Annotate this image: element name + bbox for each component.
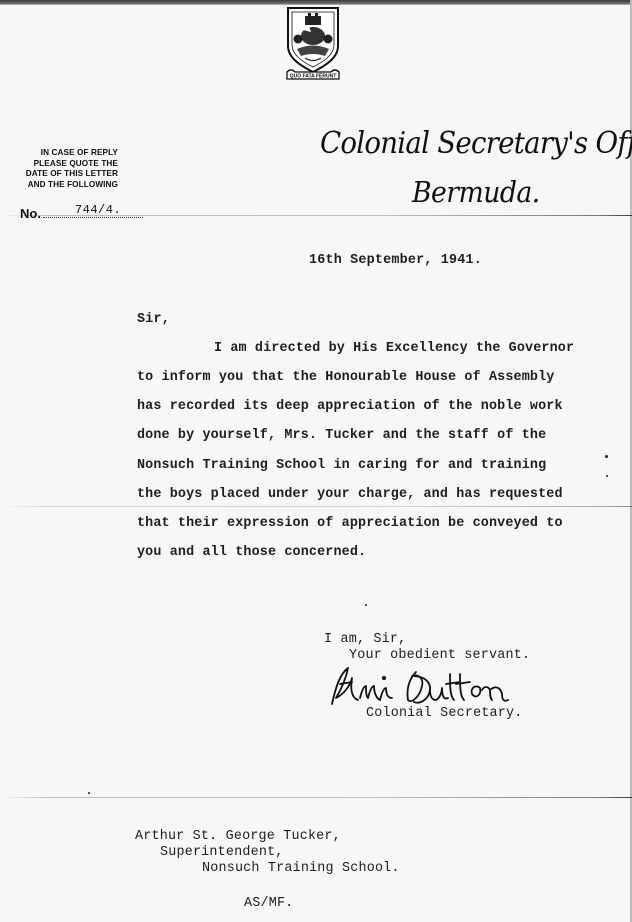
handwritten-signature	[330, 664, 510, 710]
reply-instruction-line: IN CASE OF REPLY	[18, 148, 118, 159]
recipient-name: Arthur St. George Tucker,	[135, 829, 341, 844]
body-line: to inform you that the Honourable House …	[137, 370, 554, 385]
paper-fold-line	[0, 506, 632, 507]
reply-instruction-line: PLEASE QUOTE THE	[18, 159, 118, 170]
paper-fold-line	[0, 797, 632, 798]
paper-speck	[606, 475, 608, 477]
paper-speck	[605, 455, 608, 458]
scan-top-edge	[0, 0, 632, 5]
letter-date: 16th September, 1941.	[309, 253, 482, 268]
body-line: has recorded its deep appreciation of th…	[137, 399, 563, 414]
closing-line: Your obedient servant.	[349, 648, 530, 663]
recipient-institution: Nonsuch Training School.	[202, 861, 400, 876]
office-title: Colonial Secretary's Office.	[320, 126, 632, 161]
reply-instruction-line: DATE OF THIS LETTER	[18, 169, 118, 180]
reference-number-label: No.	[20, 206, 41, 221]
svg-text:QUO FATA FERUNT: QUO FATA FERUNT	[290, 74, 337, 80]
reference-number-line: 744/4.	[43, 205, 143, 218]
paper-speck	[365, 604, 367, 606]
body-line: the boys placed under your charge, and h…	[137, 487, 563, 502]
body-line: that their expression of appreciation be…	[137, 516, 563, 531]
reference-number: No. 744/4.	[20, 205, 143, 221]
body-line: done by yourself, Mrs. Tucker and the st…	[137, 428, 546, 443]
signer-title: Colonial Secretary.	[366, 706, 522, 721]
body-line: I am directed by His Excellency the Gove…	[214, 341, 574, 356]
reply-instruction-line: AND THE FOLLOWING	[18, 180, 118, 191]
recipient-title: Superintendent,	[160, 845, 284, 860]
reference-initials: AS/MF.	[244, 896, 293, 911]
body-line: Nonsuch Training School in caring for an…	[137, 458, 546, 473]
closing-line: I am, Sir,	[324, 632, 406, 647]
reply-instructions: IN CASE OF REPLY PLEASE QUOTE THE DATE O…	[18, 148, 118, 190]
coat-of-arms-icon: QUO FATA FERUNT	[285, 6, 341, 81]
body-line: you and all those concerned.	[137, 545, 366, 560]
salutation: Sir,	[137, 312, 170, 327]
office-location: Bermuda.	[412, 175, 540, 209]
reference-number-value: 744/4.	[75, 203, 121, 217]
paper-speck	[88, 792, 90, 794]
